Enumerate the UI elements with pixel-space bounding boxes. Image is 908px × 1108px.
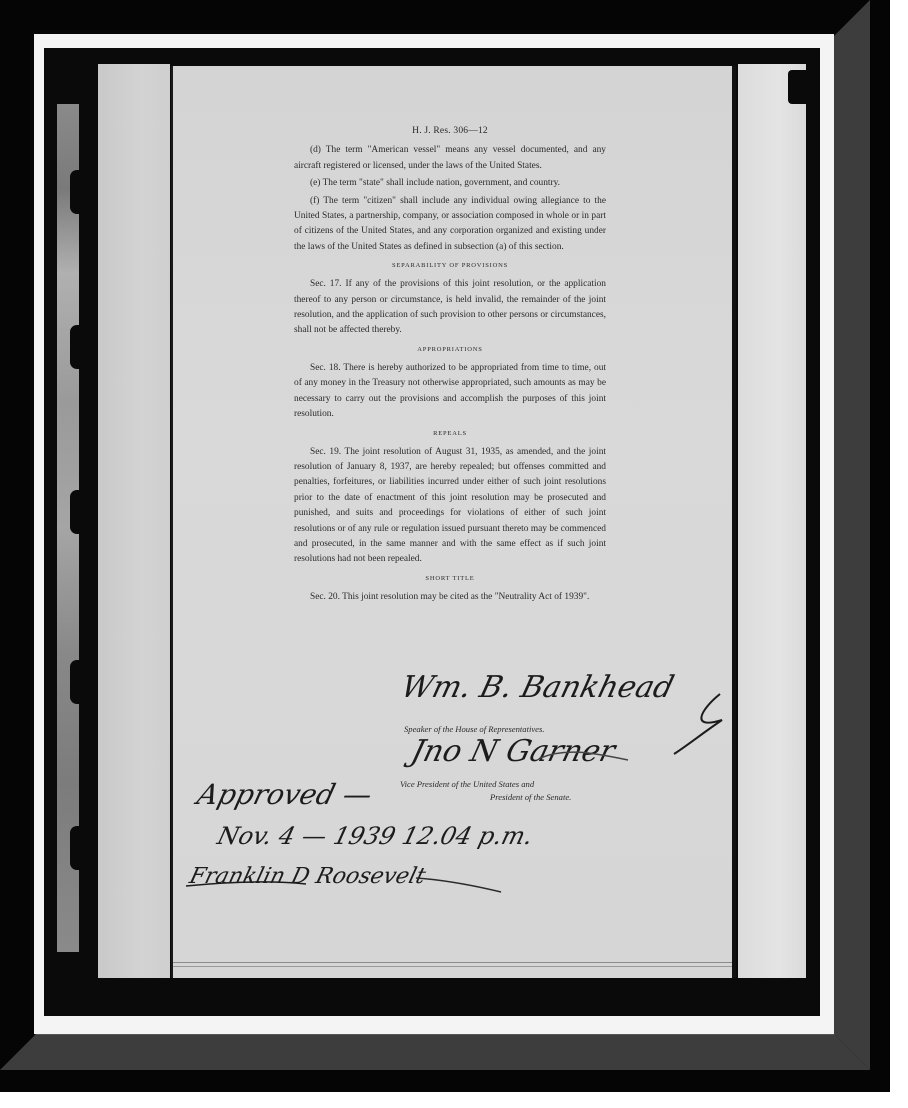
section-heading: Short title	[294, 574, 606, 584]
film-sprocket-notch	[70, 325, 100, 369]
document-text: H. J. Res. 306—12 (d) The term "American…	[294, 124, 606, 607]
section-17: Sec. 17. If any of the provisions of thi…	[294, 277, 606, 339]
film-sprocket-notch	[70, 660, 100, 704]
frame-bevel-right	[834, 0, 870, 1070]
section-heading: Appropriations	[294, 345, 606, 355]
film-sprocket-notch	[70, 490, 100, 534]
section-18: Sec. 18. There is hereby authorized to b…	[294, 361, 606, 423]
page-bottom-rule	[173, 962, 732, 967]
speaker-caption: Speaker of the House of Representatives.	[404, 724, 544, 734]
approved-note: Approved —	[194, 778, 376, 811]
section-heading: Separability of provisions	[294, 261, 606, 271]
approval-date-time: Nov. 4 — 1939 12.04 p.m.	[215, 822, 536, 850]
section-heading: Repeals	[294, 429, 606, 439]
vp-caption-line2: President of the Senate.	[490, 792, 571, 802]
backing-sheet-right	[738, 64, 806, 978]
president-signature-stroke	[186, 872, 506, 902]
film-sprocket-notch	[70, 826, 100, 870]
bill-identifier: H. J. Res. 306—12	[294, 124, 606, 139]
frame-bevel-bottom	[0, 1034, 870, 1070]
backing-sheet-left	[98, 64, 170, 978]
paragraph-d: (d) The term "American vessel" means any…	[294, 143, 606, 174]
page-edge	[732, 66, 736, 978]
section-19: Sec. 19. The joint resolution of August …	[294, 445, 606, 568]
vp-caption-line1: Vice President of the United States and	[400, 779, 534, 789]
signature-underline	[540, 748, 630, 768]
paragraph-f: (f) The term "citizen" shall include any…	[294, 194, 606, 256]
speaker-signature: Wm. B. Bankhead	[398, 670, 678, 705]
signature-flourish	[660, 690, 730, 760]
section-20: Sec. 20. This joint resolution may be ci…	[294, 590, 606, 605]
film-sprocket-notch	[70, 170, 100, 214]
paragraph-e: (e) The term "state" shall include natio…	[294, 176, 606, 191]
